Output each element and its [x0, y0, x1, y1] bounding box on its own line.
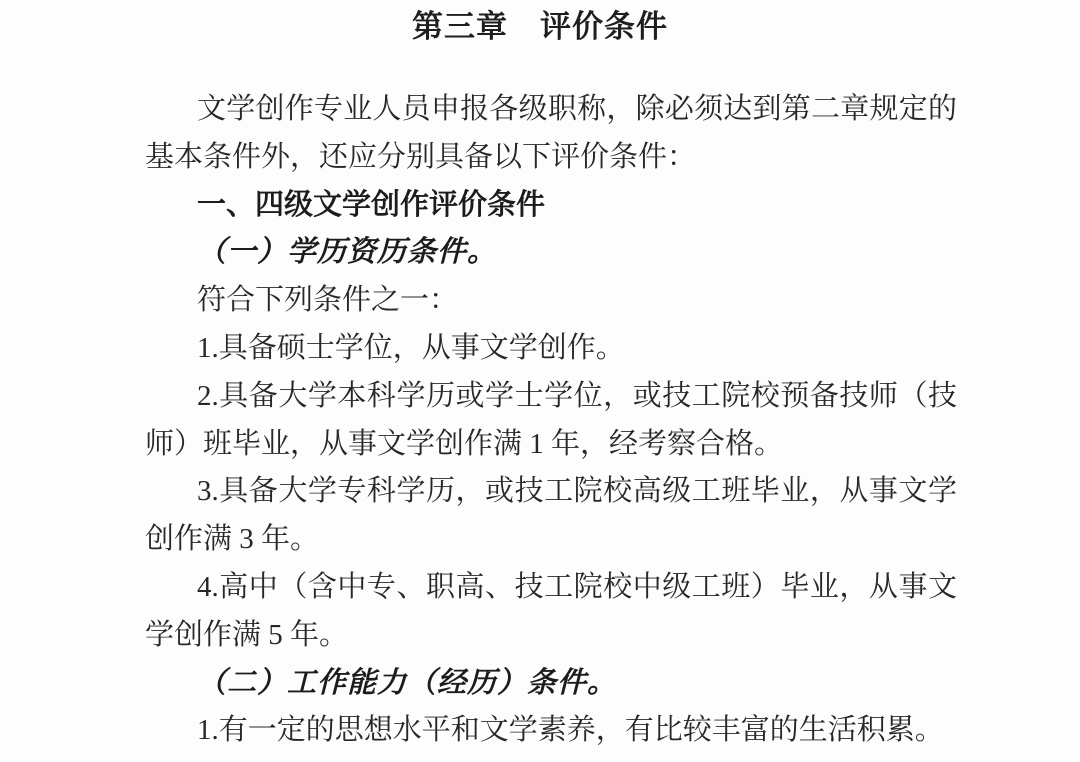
paragraph-7: 3.具备大学专科学历，或技工院校高级工班毕业，从事文学创作满 3 年。 — [145, 468, 957, 564]
paragraph-2: 一、四级文学创作评价条件 — [145, 182, 957, 230]
paragraph-3: （一）学历资历条件。 — [145, 229, 957, 277]
paragraph-8: 4.高中（含中专、职高、技工院校中级工班）毕业，从事文学创作满 5 年。 — [145, 564, 957, 660]
paragraph-10: 1.有一定的思想水平和文学素养，有比较丰富的生活积累。 — [145, 707, 957, 755]
paragraph-9: （二）工作能力（经历）条件。 — [145, 660, 957, 708]
paragraph-6: 2.具备大学本科学历或学士学位，或技工院校预备技师（技师）班毕业，从事文学创作满… — [145, 373, 957, 469]
paragraph-5: 1.具备硕士学位，从事文学创作。 — [145, 325, 957, 373]
paragraph-4: 符合下列条件之一： — [145, 277, 957, 325]
document-body: 文学创作专业人员申报各级职称，除必须达到第二章规定的基本条件外，还应分别具备以下… — [145, 86, 957, 755]
chapter-title: 第三章 评价条件 — [0, 0, 1080, 48]
paragraph-1: 文学创作专业人员申报各级职称，除必须达到第二章规定的基本条件外，还应分别具备以下… — [145, 86, 957, 182]
document-page: 第三章 评价条件 文学创作专业人员申报各级职称，除必须达到第二章规定的基本条件外… — [0, 0, 1080, 762]
